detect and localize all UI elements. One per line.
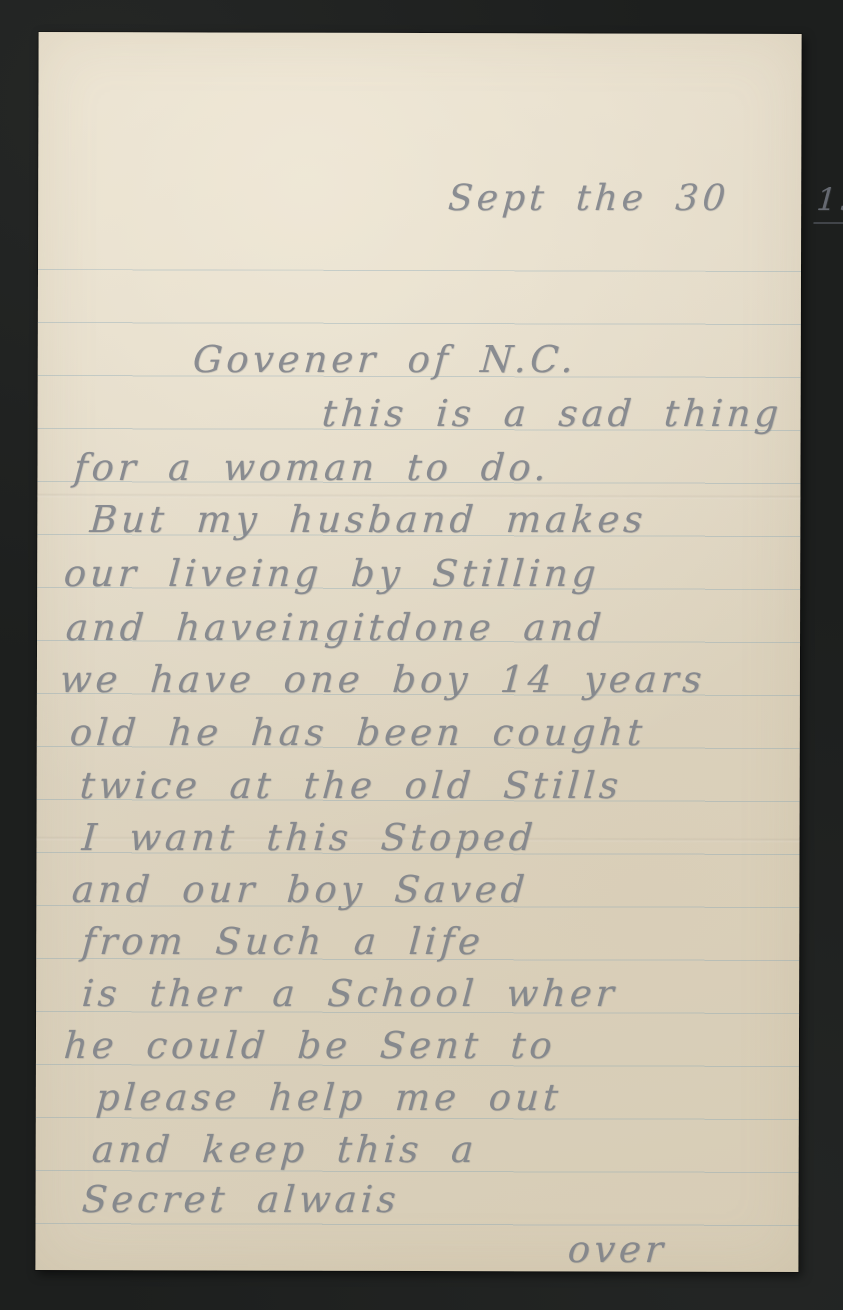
ruled-lines — [35, 269, 801, 1268]
date-text: Sept the 30 — [447, 178, 731, 219]
scan-background: Sept the 30 1918 Govener of N.C.this is … — [0, 0, 843, 1310]
date-year: 1918 — [813, 182, 843, 224]
letter-dateline: Sept the 30 1918 — [446, 178, 843, 224]
